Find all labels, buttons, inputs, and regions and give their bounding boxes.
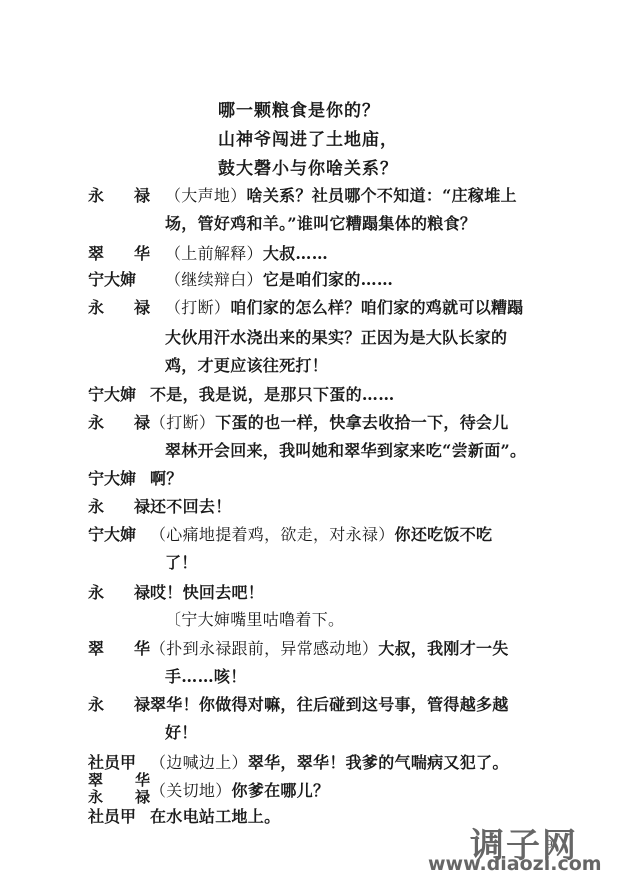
stage-direction: （继续辩白） [165, 270, 263, 289]
dialogue-line: （上前解释）大叔…… [165, 241, 328, 264]
speaker-label: 宁大婶 [88, 466, 150, 489]
dialogue-line: 啊？ [150, 466, 183, 489]
speech-text: 哎！快回去吧！ [150, 583, 264, 602]
speaker-char: 禄 [134, 494, 150, 517]
script-page: 哪一颗粮食是你的？ 山神爷闯进了土地庙， 鼓大磬小与你啥关系？ 永禄 （大声地）… [0, 0, 640, 884]
speech-text: 好！ [165, 723, 198, 742]
speaker-char: 永 [88, 295, 104, 318]
dialogue-line: （大声地）啥关系？社员哪个不知道：“庄稼堆上 [165, 183, 517, 206]
dialogue-line: 大伙用汗水浇出来的果实？正因为是大队长家的 [165, 325, 507, 348]
speech-text: 翠华，翠华！我爹的气喘病又犯了。 [248, 753, 509, 772]
dialogue-line: 好！ [165, 720, 198, 743]
speaker-char: 华 [134, 241, 150, 264]
speaker-char: 宁大婶 [88, 382, 136, 405]
speech-text: 鸡，才更应该往死打！ [165, 356, 328, 375]
speaker-char: 翠 [88, 636, 104, 659]
speaker-char: 永 [88, 580, 104, 603]
speaker-label: 永禄 [88, 494, 150, 517]
verse-line: 哪一颗粮食是你的？ [218, 96, 380, 121]
dialogue-line: 不是，我是说，是那只下蛋的…… [150, 382, 395, 405]
stage-direction: （打断） [165, 298, 230, 317]
watermark-url: www.diaozi.com [428, 853, 602, 875]
speech-text: 你爹在哪儿？ [232, 781, 330, 800]
speaker-char: 宁大婶 [88, 267, 136, 290]
speech-text: 下蛋的也一样，快拿去收拾一下，待会儿 [215, 413, 508, 432]
dialogue-line: 鸡，才更应该往死打！ [165, 353, 328, 376]
dialogue-line: （打断）下蛋的也一样，快拿去收拾一下，待会儿 [150, 410, 509, 433]
speaker-label: 宁大婶 [88, 267, 150, 290]
speaker-char: 禄 [134, 295, 150, 318]
stage-exit-line: 〔宁大婶嘴里咕噜着下。 [165, 607, 344, 630]
dialogue-line: （关切地）你爹在哪儿？ [150, 778, 329, 801]
speaker-label: 永禄 [88, 295, 150, 318]
dialogue-line: 还不回去！ [150, 494, 232, 517]
speaker-char: 禄 [134, 183, 150, 206]
speech-text: 在水电站工地上。 [150, 807, 280, 826]
stage-direction: （边喊边上） [150, 753, 248, 772]
dialogue-line: 场，管好鸡和羊。”谁叫它糟蹋集体的粮食？ [165, 211, 476, 234]
speech-text: 大叔，我刚才一失 [378, 639, 508, 658]
dialogue-line: （边喊边上）翠华，翠华！我爹的气喘病又犯了。 [150, 750, 509, 773]
speaker-label: 永禄 [88, 410, 150, 433]
speaker-char: 社员甲 [88, 804, 136, 827]
speaker-char: 禄 [134, 580, 150, 603]
stage-direction: （大声地） [165, 186, 247, 205]
stage-direction: （上前解释） [165, 244, 263, 263]
speaker-char: 永 [88, 692, 104, 715]
dialogue-line: （扑到永禄跟前，异常感动地）大叔，我刚才一失 [150, 636, 509, 659]
speech-text: 你还吃饭不吃 [395, 525, 493, 544]
speaker-char: 翠 [88, 241, 104, 264]
speech-text: 啊？ [150, 469, 183, 488]
speech-text: 了！ [165, 553, 198, 572]
speaker-label: 永禄 [88, 183, 150, 206]
speaker-label: 翠华 [88, 241, 150, 264]
speaker-label: 宁大婶 [88, 522, 150, 545]
dialogue-line: 了！ [165, 550, 198, 573]
stage-direction: 〔宁大婶嘴里咕噜着下。 [165, 610, 344, 629]
speaker-label: 翠华 [88, 636, 150, 659]
dialogue-line: 翠华！你做得对嘛，往后碰到这号事，管得越多越 [150, 692, 509, 715]
stage-direction: （心痛地提着鸡，欲走，对永禄） [150, 525, 395, 544]
speech-text: 场，管好鸡和羊。”谁叫它糟蹋集体的粮食？ [165, 214, 476, 233]
dialogue-line: （打断）咱们家的怎么样？咱们家的鸡就可以糟蹋 [165, 295, 524, 318]
dialogue-line: 手……咳！ [165, 664, 247, 687]
speaker-char: 禄 [134, 410, 150, 433]
speaker-label: 社员甲 [88, 804, 150, 827]
speaker-label: 永禄 [88, 692, 150, 715]
speaker-char: 宁大婶 [88, 466, 136, 489]
speaker-char: 永 [88, 410, 104, 433]
dialogue-line: （心痛地提着鸡，欲走，对永禄）你还吃饭不吃 [150, 522, 492, 545]
speaker-label: 永禄 [88, 580, 150, 603]
speaker-char: 禄 [134, 692, 150, 715]
speech-text: 翠华！你做得对嘛，往后碰到这号事，管得越多越 [150, 695, 509, 714]
dialogue-line: （继续辩白）它是咱们家的…… [165, 267, 393, 290]
speaker-label: 宁大婶 [88, 382, 150, 405]
speech-text: 它是咱们家的…… [263, 270, 393, 289]
speech-text: 不是，我是说，是那只下蛋的…… [150, 385, 395, 404]
speech-text: 手……咳！ [165, 667, 247, 686]
speech-text: 翠林开会回来，我叫她和翠华到家来吃“尝新面”。 [165, 441, 526, 460]
speech-text: 还不回去！ [150, 497, 232, 516]
stage-direction: （打断） [150, 413, 215, 432]
speech-text: 大伙用汗水浇出来的果实？正因为是大队长家的 [165, 328, 507, 347]
speech-text: 咱们家的怎么样？咱们家的鸡就可以糟蹋 [230, 298, 523, 317]
speech-text: 啥关系？社员哪个不知道：“庄稼堆上 [247, 186, 517, 205]
speaker-char: 宁大婶 [88, 522, 136, 545]
verse-line: 鼓大磬小与你啥关系？ [218, 154, 398, 179]
stage-direction: （关切地） [150, 781, 232, 800]
dialogue-line: 哎！快回去吧！ [150, 580, 264, 603]
stage-direction: （扑到永禄跟前，异常感动地） [150, 639, 378, 658]
speaker-char: 华 [134, 636, 150, 659]
speaker-char: 永 [88, 494, 104, 517]
speaker-char: 永 [88, 183, 104, 206]
verse-line: 山神爷闯进了土地庙， [218, 125, 398, 150]
dialogue-line: 在水电站工地上。 [150, 804, 280, 827]
speech-text: 大叔…… [263, 244, 328, 263]
dialogue-line: 翠林开会回来，我叫她和翠华到家来吃“尝新面”。 [165, 438, 526, 461]
